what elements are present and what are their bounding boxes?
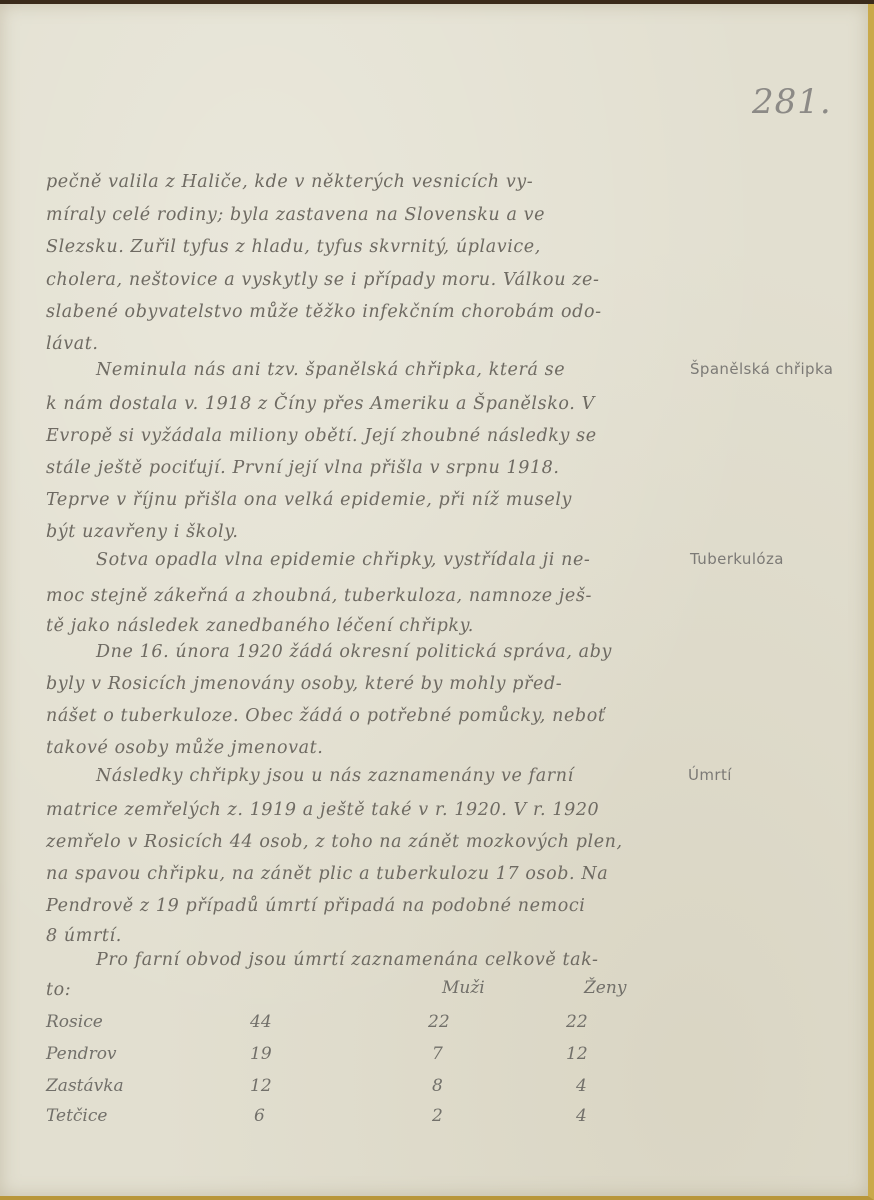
text-line: být uzavřeny i školy.	[46, 522, 239, 542]
table-cell-total: 19	[250, 1044, 272, 1064]
table-cell-place: Tetčice	[46, 1106, 107, 1126]
table-cell-women: 4	[576, 1076, 587, 1096]
text-line: na spavou chřipku, na zánět plic a tuber…	[46, 864, 608, 884]
text-line: Sotva opadla vlna epidemie chřipky, vyst…	[96, 550, 590, 570]
text-line: Pro farní obvod jsou úmrtí zaznamenána c…	[96, 950, 599, 970]
table-header-men: Muži	[442, 978, 485, 998]
table-cell-men: 2	[432, 1106, 443, 1126]
text-line: stále ještě pociťují. První její vlna př…	[46, 458, 560, 478]
text-line: Slezsku. Zuřil tyfus z hladu, tyfus skvr…	[46, 237, 541, 257]
text-line: Evropě si vyžádala miliony obětí. Její z…	[46, 426, 597, 446]
text-line: Následky chřipky jsou u nás zaznamenány …	[96, 766, 574, 786]
text-line: Teprve v říjnu přišla ona velká epidemie…	[46, 490, 572, 510]
text-line: to:	[46, 980, 71, 1000]
table-cell-place: Pendrov	[46, 1044, 117, 1064]
margin-note: Španělská chřipka	[690, 360, 833, 378]
text-line: slabené obyvatelstvo může těžko infekční…	[46, 302, 602, 322]
text-line: cholera, neštovice a vyskytly se i přípa…	[46, 270, 600, 290]
table-cell-men: 7	[432, 1044, 443, 1064]
text-line: tě jako následek zanedbaného léčení chři…	[46, 616, 474, 636]
text-line: moc stejně zákeřná a zhoubná, tuberkuloz…	[46, 586, 592, 606]
table-cell-men: 22	[428, 1012, 450, 1032]
table-header-women: Ženy	[584, 978, 626, 998]
text-line: 8 úmrtí.	[46, 926, 122, 946]
text-line: Pendrově z 19 případů úmrtí připadá na p…	[46, 896, 586, 916]
text-line: Dne 16. února 1920 žádá okresní politick…	[96, 642, 612, 662]
chronicle-page: 281. pečně valila z Haliče, kde v někter…	[0, 4, 874, 1200]
table-cell-place: Rosice	[46, 1012, 103, 1032]
table-cell-place: Zastávka	[46, 1076, 124, 1096]
page-number: 281.	[752, 82, 832, 122]
table-cell-total: 6	[254, 1106, 265, 1126]
text-line: nášet o tuberkuloze. Obec žádá o potřebn…	[46, 706, 605, 726]
text-line: pečně valila z Haliče, kde v některých v…	[46, 172, 533, 192]
text-line: zemřelo v Rosicích 44 osob, z toho na zá…	[46, 832, 623, 852]
text-line: byly v Rosicích jmenovány osoby, které b…	[46, 674, 562, 694]
table-cell-men: 8	[432, 1076, 443, 1096]
text-line: matrice zemřelých z. 1919 a ještě také v…	[46, 800, 599, 820]
table-cell-women: 22	[566, 1012, 588, 1032]
table-cell-total: 12	[250, 1076, 272, 1096]
table-cell-women: 4	[576, 1106, 587, 1126]
table-cell-women: 12	[566, 1044, 588, 1064]
text-line: takové osoby může jmenovat.	[46, 738, 323, 758]
margin-note: Úmrtí	[688, 766, 732, 784]
text-line: míraly celé rodiny; byla zastavena na Sl…	[46, 205, 545, 225]
margin-note: Tuberkulóza	[690, 550, 784, 568]
table-cell-total: 44	[250, 1012, 272, 1032]
text-line: lávat.	[46, 334, 99, 354]
text-line: k nám dostala v. 1918 z Číny přes Amerik…	[46, 394, 595, 414]
text-line: Neminula nás ani tzv. španělská chřipka,…	[96, 360, 565, 380]
